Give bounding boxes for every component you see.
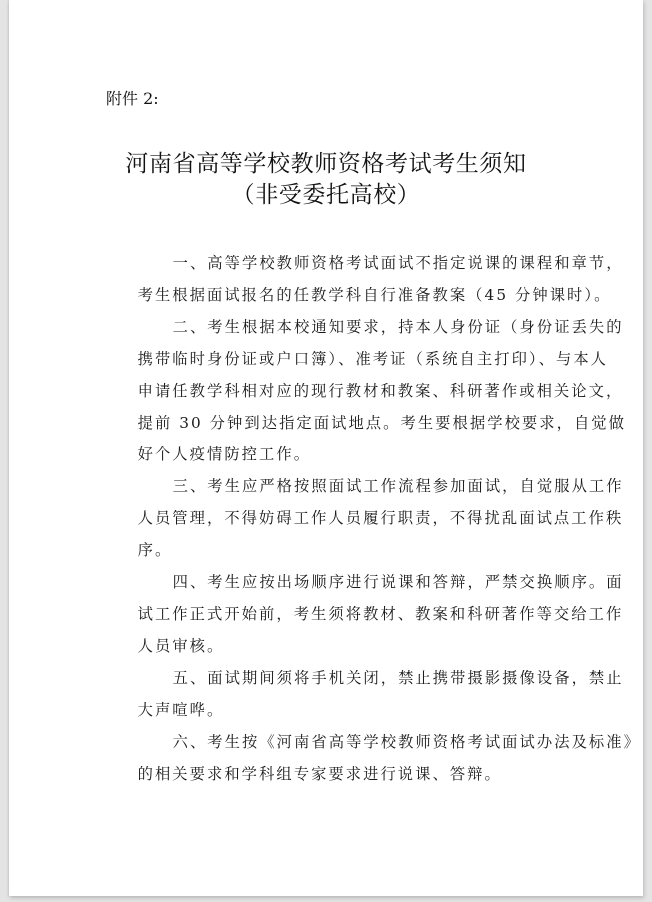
text-line: 申请任教学科相对应的现行教材和教案、科研著作或相关论文， [107, 376, 547, 408]
text-line: 二、考生根据本校通知要求，持本人身份证（身份证丢失的 [107, 312, 547, 344]
text-line: 的相关要求和学科组专家要求进行说课、答辩。 [107, 759, 547, 791]
document-body: 一、高等学校教师资格考试面试不指定说课的课程和章节， 考生根据面试报名的任教学科… [107, 248, 547, 790]
text-line: 大声喧哗。 [107, 695, 547, 727]
text-line: 考生根据面试报名的任教学科自行准备教案（45 分钟课时）。 [107, 280, 547, 312]
text-line: 五、面试期间须将手机关闭，禁止携带摄影摄像设备，禁止 [107, 663, 547, 695]
paragraph-6: 六、考生按《河南省高等学校教师资格考试面试办法及标准》 的相关要求和学科组专家要… [107, 727, 547, 791]
text-line: 序。 [107, 535, 547, 567]
text-line: 一、高等学校教师资格考试面试不指定说课的课程和章节， [107, 248, 547, 280]
paragraph-3: 三、考生应严格按照面试工作流程参加面试，自觉服从工作 人员管理，不得妨碍工作人员… [107, 471, 547, 567]
paragraph-2: 二、考生根据本校通知要求，持本人身份证（身份证丢失的 携带临时身份证或户口簿）、… [107, 312, 547, 472]
text-line: 四、考生应按出场顺序进行说课和答辩，严禁交换顺序。面 [107, 567, 547, 599]
text-line: 三、考生应严格按照面试工作流程参加面试，自觉服从工作 [107, 471, 547, 503]
paragraph-5: 五、面试期间须将手机关闭，禁止携带摄影摄像设备，禁止 大声喧哗。 [107, 663, 547, 727]
document-title: 河南省高等学校教师资格考试考生须知 [9, 145, 643, 178]
text-line: 人员管理，不得妨碍工作人员履行职责，不得扰乱面试点工作秩 [107, 503, 547, 535]
text-line: 好个人疫情防控工作。 [107, 439, 547, 471]
paragraph-4: 四、考生应按出场顺序进行说课和答辩，严禁交换顺序。面 试工作正式开始前，考生须将… [107, 567, 547, 663]
paragraph-1: 一、高等学校教师资格考试面试不指定说课的课程和章节， 考生根据面试报名的任教学科… [107, 248, 547, 312]
attachment-label: 附件 2: [106, 86, 159, 109]
document-subtitle: （非受委托高校） [9, 176, 643, 209]
document-page: 附件 2: 河南省高等学校教师资格考试考生须知 （非受委托高校） 一、高等学校教… [9, 0, 643, 896]
text-line: 六、考生按《河南省高等学校教师资格考试面试办法及标准》 [107, 727, 547, 759]
text-line: 试工作正式开始前，考生须将教材、教案和科研著作等交给工作 [107, 599, 547, 631]
text-line: 人员审核。 [107, 631, 547, 663]
text-line: 携带临时身份证或户口簿）、准考证（系统自主打印）、与本人 [107, 344, 547, 376]
text-line: 提前 30 分钟到达指定面试地点。考生要根据学校要求，自觉做 [107, 408, 547, 440]
